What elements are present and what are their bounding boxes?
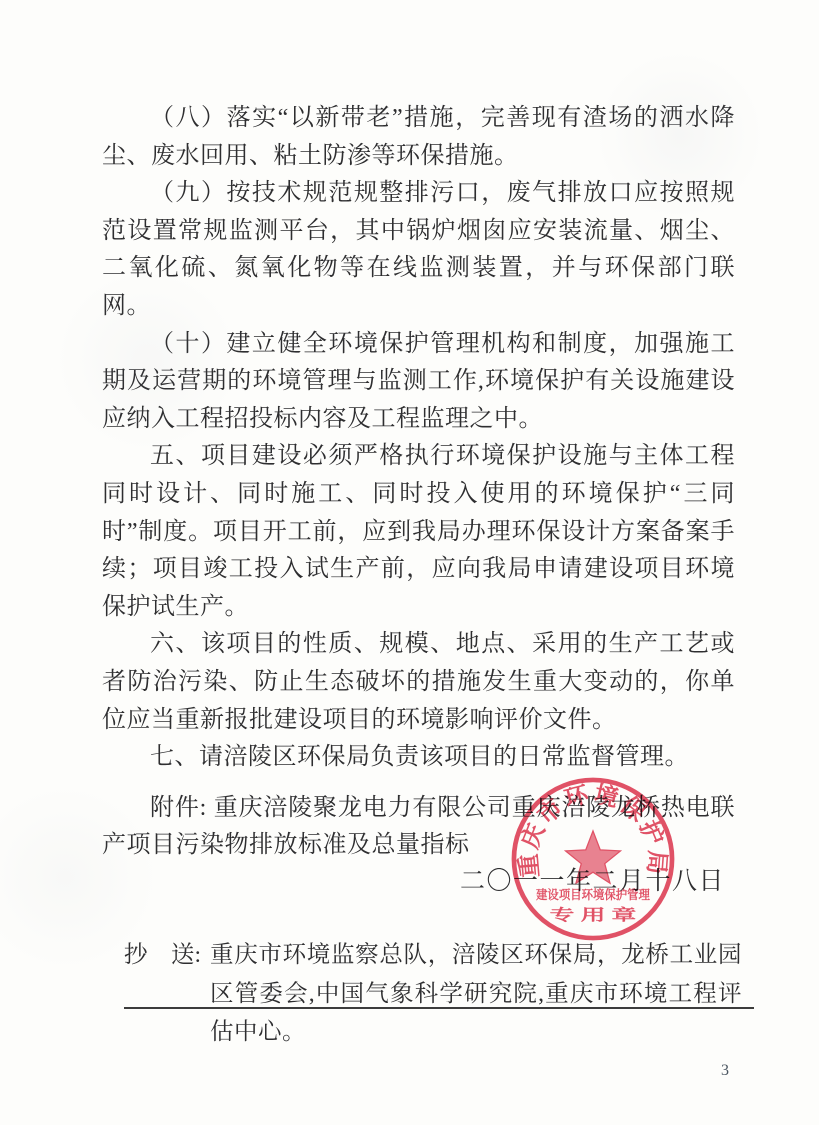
cc-block: 抄 送: 重庆市环境监察总队，涪陵区环保局，龙桥工业园区管委会,中国气象科学研究…: [124, 936, 742, 1052]
official-seal: 重庆市环境保护局 建设项目环境保护管理 专 用 章: [508, 774, 678, 944]
cc-recipients: 重庆市环境监察总队，涪陵区环保局，龙桥工业园区管委会,中国气象科学研究院,重庆市…: [210, 936, 742, 1052]
paragraph-6: 六、该项目的性质、规模、地点、采用的生产工艺或者防治污染、防止生态破坏的措施发生…: [102, 626, 735, 739]
document-page: （八）落实“以新带老”措施，完善现有渣场的洒水降尘、废水回用、粘土防渗等环保措施…: [0, 0, 819, 1125]
cc-label: 抄 送:: [124, 936, 201, 1052]
paragraph-8: （八）落实“以新带老”措施，完善现有渣场的洒水降尘、废水回用、粘土防渗等环保措施…: [102, 100, 735, 175]
seal-subtitle: 建设项目环境保护管理: [535, 887, 650, 902]
seal-star-icon: [566, 831, 621, 883]
document-body: （八）落实“以新带老”措施，完善现有渣场的洒水降尘、废水回用、粘土防渗等环保措施…: [102, 100, 735, 865]
paragraph-10: （十）建立健全环境保护管理机构和制度，加强施工期及运营期的环境管理与监测工作,环…: [102, 326, 735, 439]
cc-separator-line: [124, 1007, 754, 1009]
page-number: 3: [721, 1062, 729, 1080]
seal-bottom-text: 专 用 章: [550, 906, 637, 924]
paragraph-5: 五、项目建设必须严格执行环境保护设施与主体工程同时设计、同时施工、同时投入使用的…: [102, 438, 735, 626]
paragraph-7: 七、请涪陵区环保局负责该项目的日常监督管理。: [102, 739, 735, 777]
paragraph-9: （九）按技术规范规整排污口，废气排放口应按照规范设置常规监测平台，其中锅炉烟囱应…: [102, 175, 735, 325]
